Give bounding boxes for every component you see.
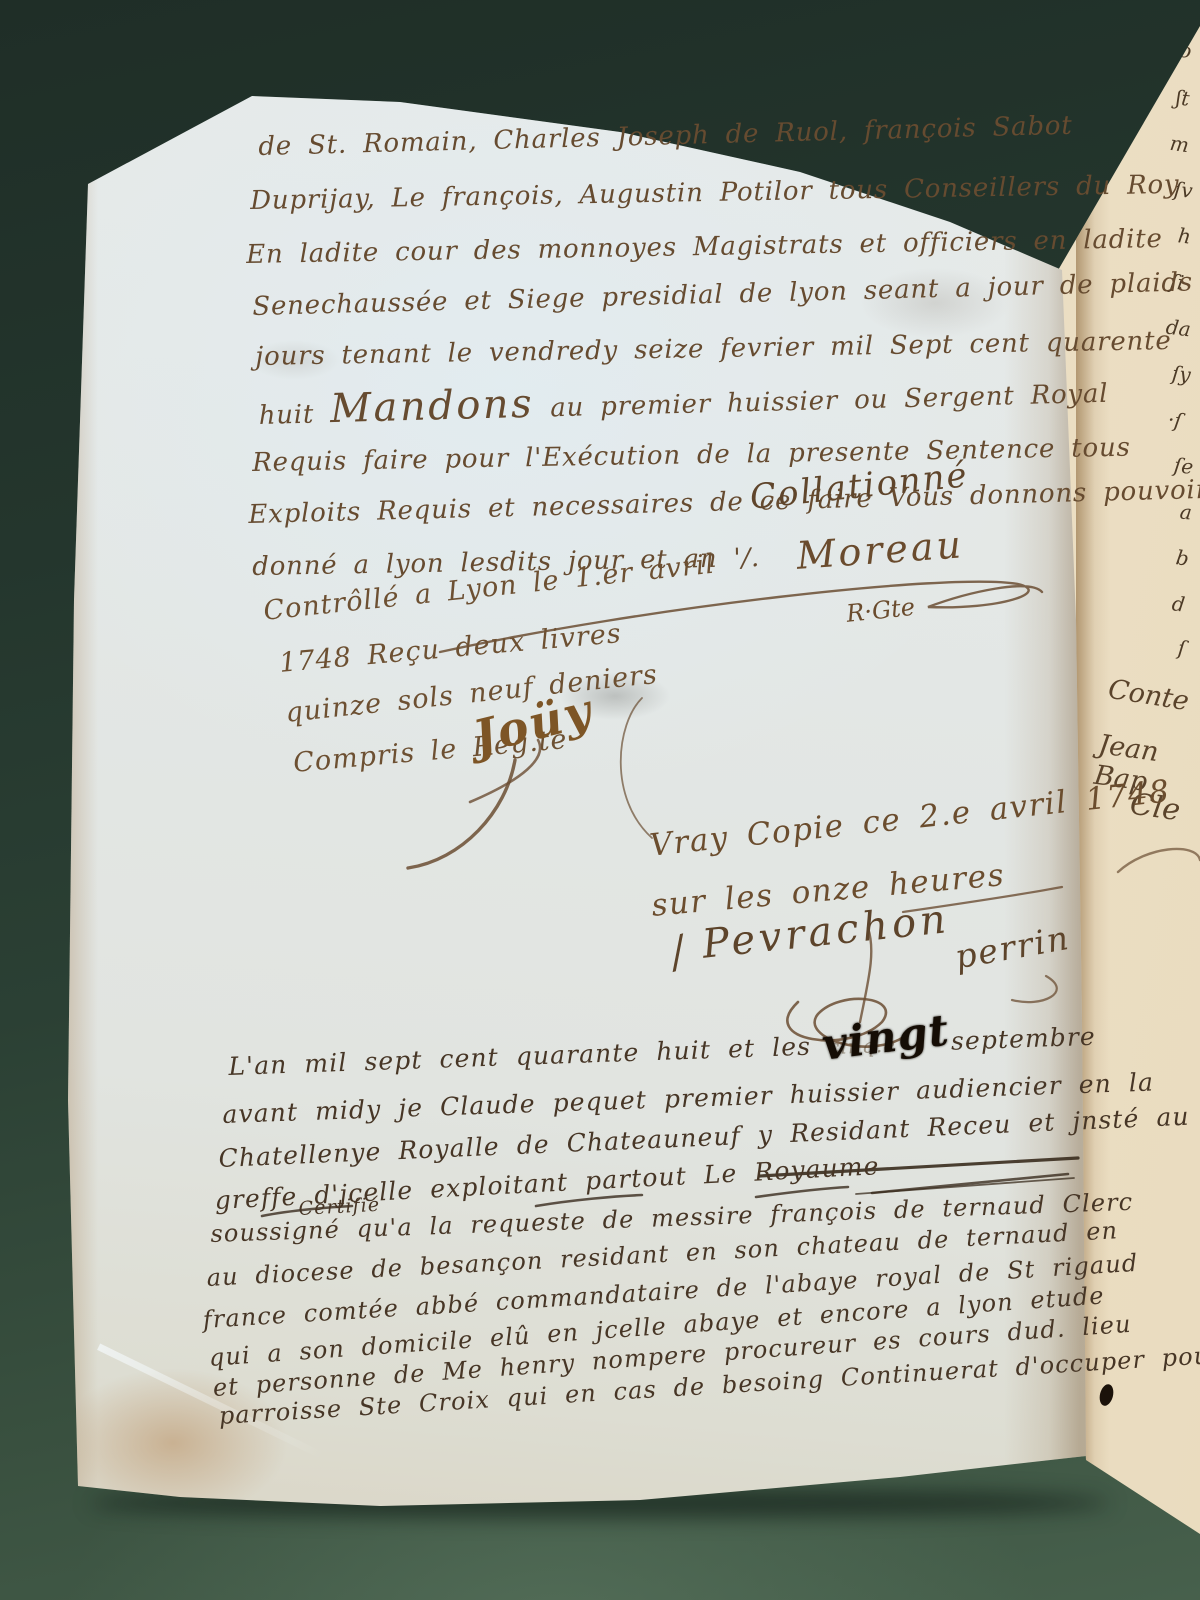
- manuscript-photo: ſo ʃt m ſv h ſi da ſy ·ſ ſe a b d ſ Cont…: [0, 0, 1200, 1600]
- edge-fragment: ʃt: [1175, 85, 1191, 110]
- corrected-word: cinq.e vingt: [828, 1027, 935, 1060]
- edge-fragment: b: [1174, 545, 1190, 571]
- edge-fragment: d: [1171, 591, 1187, 616]
- mandons-word: Mandons: [330, 381, 535, 432]
- body-segment: septembre: [950, 1022, 1096, 1056]
- body-segment: soussigné: [210, 1215, 340, 1248]
- edge-fragment: h: [1177, 223, 1193, 248]
- edge-fragment: m: [1168, 131, 1190, 157]
- edge-word: Conte: [1106, 674, 1191, 717]
- edge-fragment: ·ſ: [1166, 407, 1183, 433]
- body-word: huit: [258, 400, 314, 431]
- edge-fragment: ſ: [1177, 636, 1187, 661]
- edge-fragment: ſy: [1171, 361, 1192, 387]
